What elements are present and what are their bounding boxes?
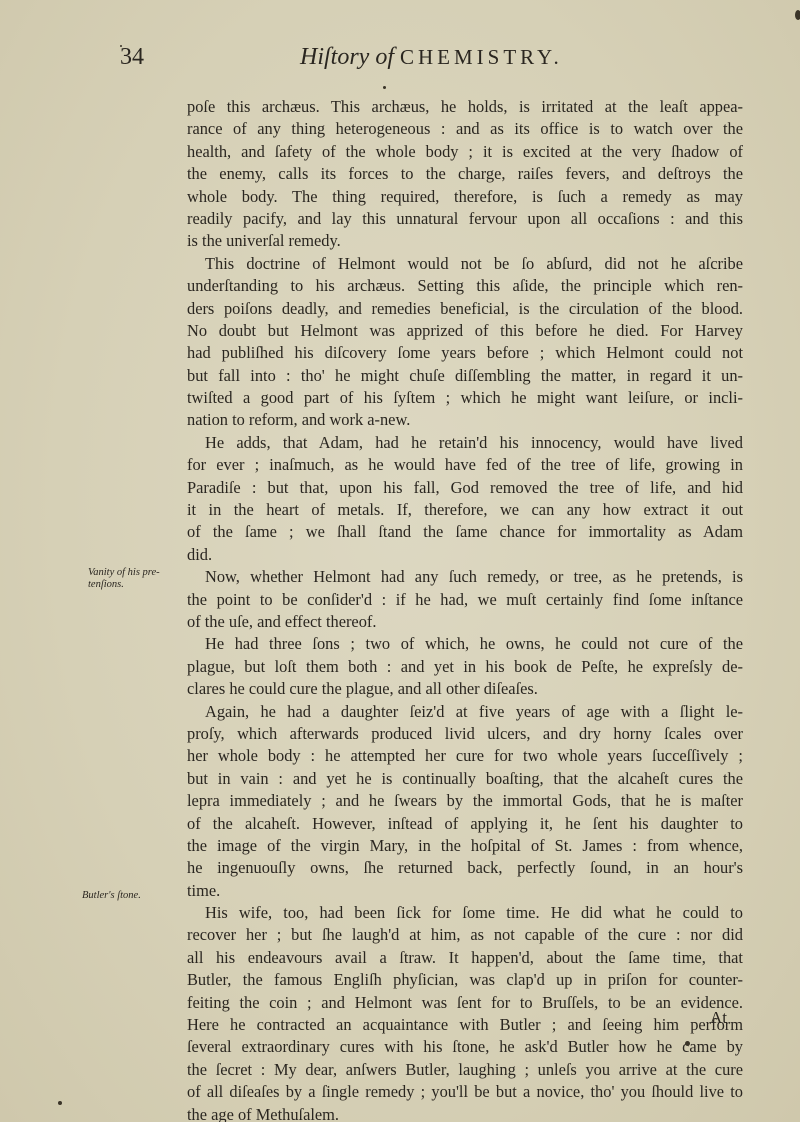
paper-speck xyxy=(383,86,386,89)
catchword: At xyxy=(710,1008,727,1028)
page-header: 34 Hiſtory of CHEMISTRY. xyxy=(0,44,800,84)
running-title: Hiſtory of CHEMISTRY. xyxy=(300,44,563,71)
text-line: nation to reform, and work a-new. xyxy=(187,409,743,431)
text-line: feiting the coin ; and Helmont was ſent … xyxy=(187,992,743,1014)
text-line: had publiſhed his diſcovery ſome years b… xyxy=(187,342,743,364)
text-line: time. xyxy=(187,880,743,902)
body-text: poſe this archæus. This archæus, he hold… xyxy=(187,96,743,1122)
text-line: clares he could cure the plague, and all… xyxy=(187,678,743,700)
text-line: did. xyxy=(187,544,743,566)
text-line: of the ſame ; we ſhall ſtand the ſame ch… xyxy=(187,521,743,543)
page-number: 34 xyxy=(120,44,144,71)
text-line: Again, he had a daughter ſeiz'd at five … xyxy=(187,701,743,723)
text-line: recover her ; but ſhe laugh'd at him, as… xyxy=(187,924,743,946)
text-line: This doctrine of Helmont would not be ſo… xyxy=(187,253,743,275)
text-line: He had three ſons ; two of which, he own… xyxy=(187,633,743,655)
text-line: the ſecret : My dear, anſwers Butler, la… xyxy=(187,1059,743,1081)
text-line: Here he contracted an acquaintance with … xyxy=(187,1014,743,1036)
margin-note-text: Vanity of his pre- tenſions. xyxy=(88,567,160,590)
text-line: Now, whether Helmont had any ſuch remedy… xyxy=(187,566,743,588)
text-line: it in the heart of metals. If, therefore… xyxy=(187,499,743,521)
paper-speck xyxy=(795,10,800,20)
text-line: readily pacify, and lay this unnatural f… xyxy=(187,208,743,230)
text-line: No doubt but Helmont was apprized of thi… xyxy=(187,320,743,342)
text-line: of the uſe, and effect thereof. xyxy=(187,611,743,633)
text-line: is the univerſal remedy. xyxy=(187,230,743,252)
text-line: the point to be conſider'd : if he had, … xyxy=(187,589,743,611)
text-line: Paradiſe : but that, upon his fall, God … xyxy=(187,477,743,499)
book-page: 34 Hiſtory of CHEMISTRY. poſe this archæ… xyxy=(0,0,800,1122)
margin-note-vanity: Vanity of his pre- tenſions. xyxy=(88,567,198,591)
running-title-italic: Hiſtory of xyxy=(300,44,394,70)
margin-note-text: Butler's ſtone. xyxy=(82,890,141,901)
text-line: but fall into : tho' he might chuſe diſſ… xyxy=(187,365,743,387)
paper-speck xyxy=(120,45,122,47)
text-line: twiſted a good part of his ſyſtem ; whic… xyxy=(187,387,743,409)
text-line: he ingenuouſly owns, ſhe returned back, … xyxy=(187,857,743,879)
text-line: for ever ; inaſmuch, as he would have fe… xyxy=(187,454,743,476)
text-line: ders poiſons deadly, and remedies benefi… xyxy=(187,298,743,320)
text-line: of all diſeaſes by a ſingle remedy ; you… xyxy=(187,1081,743,1103)
text-line: the age of Methuſalem. xyxy=(187,1104,743,1122)
running-title-caps: CHEMISTRY. xyxy=(400,45,563,69)
paper-speck xyxy=(685,1041,690,1046)
paper-speck xyxy=(58,1101,62,1105)
text-line: Butler, the famous Engliſh phyſician, wa… xyxy=(187,969,743,991)
text-line: underſtanding to his archæus. Setting th… xyxy=(187,275,743,297)
text-line: He adds, that Adam, had he retain'd his … xyxy=(187,432,743,454)
text-line: health, and ſafety of the whole body ; i… xyxy=(187,141,743,163)
text-line: lepra immediately ; and he ſwears by the… xyxy=(187,790,743,812)
text-line: the enemy, calls its forces to the charg… xyxy=(187,163,743,185)
text-line: ſeveral extraordinary cures with his ſto… xyxy=(187,1036,743,1058)
text-line: poſe this archæus. This archæus, he hold… xyxy=(187,96,743,118)
text-line: proſy, which afterwards produced livid u… xyxy=(187,723,743,745)
text-line: her whole body : he attempted her cure f… xyxy=(187,745,743,767)
text-line: the image of the virgin Mary, in the hoſ… xyxy=(187,835,743,857)
text-line: of the alcaheſt. However, inſtead of app… xyxy=(187,813,743,835)
text-line: His wife, too, had been ſick for ſome ti… xyxy=(187,902,743,924)
text-line: plague, but loſt them both : and yet in … xyxy=(187,656,743,678)
text-line: whole body. The thing required, therefor… xyxy=(187,186,743,208)
margin-note-butlers-stone: Butler's ſtone. xyxy=(82,890,192,902)
text-line: but in vain : and yet he is continually … xyxy=(187,768,743,790)
text-line: rance of any thing heterogeneous : and a… xyxy=(187,118,743,140)
text-line: all his endeavours avail a ſtraw. It hap… xyxy=(187,947,743,969)
